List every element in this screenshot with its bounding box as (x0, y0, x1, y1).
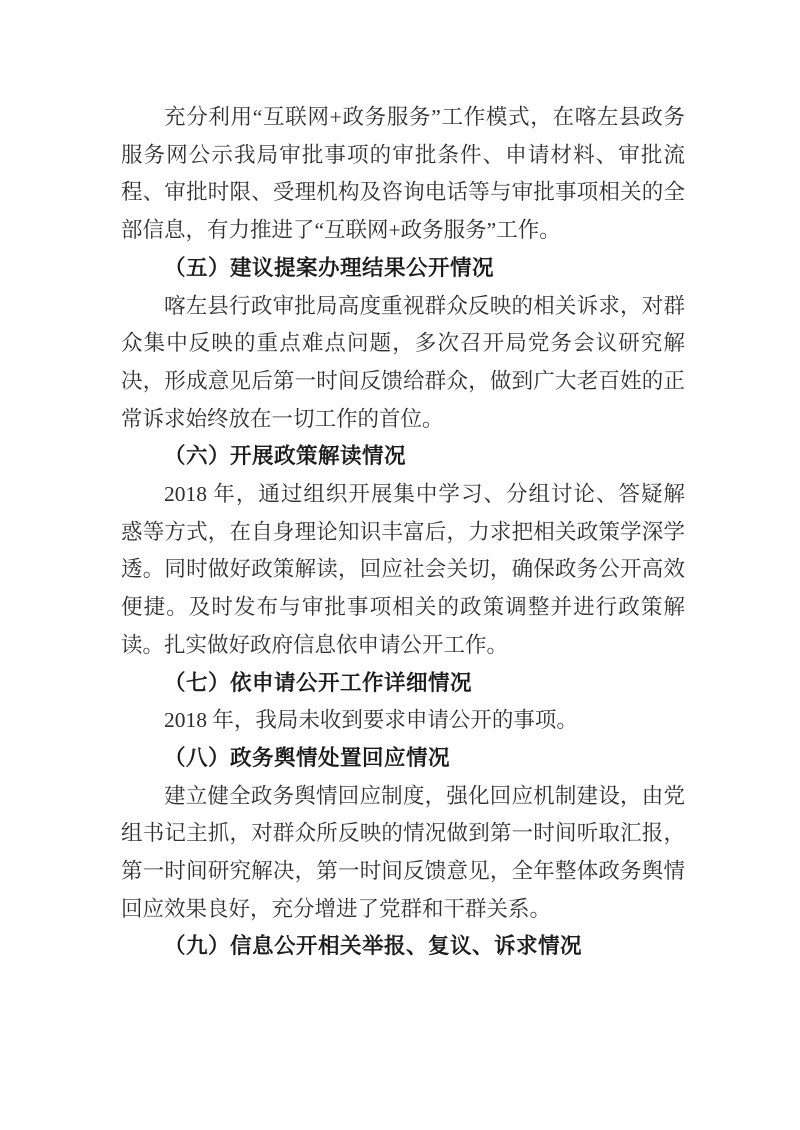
body-paragraph: 2018 年，我局未收到要求申请公开的事项。 (121, 702, 685, 740)
body-paragraph: 建立健全政务舆情回应制度，强化回应机制建设，由党组书记主抓，对群众所反映的情况做… (121, 778, 685, 929)
section-heading: （五）建议提案办理结果公开情况 (121, 250, 685, 288)
document-body: 充分利用“互联网+政务服务”工作模式，在喀左县政务服务网公示我局审批事项的审批条… (121, 99, 685, 966)
section-heading: （六）开展政策解读情况 (121, 438, 685, 476)
section-heading: （八）政务舆情处置回应情况 (121, 740, 685, 778)
section-heading: （七）依申请公开工作详细情况 (121, 665, 685, 703)
body-paragraph: 充分利用“互联网+政务服务”工作模式，在喀左县政务服务网公示我局审批事项的审批条… (121, 99, 685, 250)
body-paragraph: 2018 年，通过组织开展集中学习、分组讨论、答疑解惑等方式，在自身理论知识丰富… (121, 476, 685, 665)
document-page: 充分利用“互联网+政务服务”工作模式，在喀左县政务服务网公示我局审批事项的审批条… (0, 0, 800, 1130)
body-paragraph: 喀左县行政审批局高度重视群众反映的相关诉求，对群众集中反映的重点难点问题，多次召… (121, 288, 685, 439)
section-heading: （九）信息公开相关举报、复议、诉求情况 (121, 928, 685, 966)
